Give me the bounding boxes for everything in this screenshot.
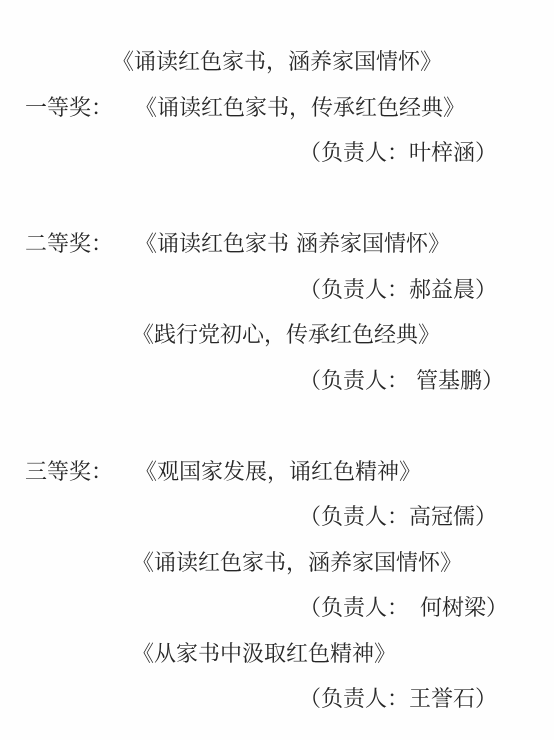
award-label-third-prize: 三等奖： (25, 450, 113, 496)
third-prize-row: 三等奖： 《观国家发展，诵红色精神》 (0, 450, 554, 496)
entry-title: 《观国家发展，诵红色精神》 (135, 450, 421, 496)
leader-credit: （负责人：高冠儒） (0, 495, 554, 541)
entry-title: 《诵读红色家书，传承红色经典》 (135, 86, 465, 132)
continued-entry-title: 《诵读红色家书，涵养家国情怀》 (0, 40, 554, 86)
award-label-second-prize: 二等奖： (25, 222, 113, 268)
leader-credit: （负责人： 管基鹏） (0, 359, 554, 405)
leader-credit: （负责人：叶梓涵） (0, 131, 554, 177)
section-spacer (0, 177, 554, 223)
second-prize-row: 二等奖： 《诵读红色家书 涵养家国情怀》 (0, 222, 554, 268)
leader-credit: （负责人：王誉石） (0, 677, 554, 723)
entry-title: 《从家书中汲取红色精神》 (0, 632, 554, 678)
leader-credit: （负责人： 何树梁） (0, 586, 554, 632)
entry-title: 《诵读红色家书 涵养家国情怀》 (135, 222, 450, 268)
first-prize-row: 一等奖： 《诵读红色家书，传承红色经典》 (0, 86, 554, 132)
award-label-first-prize: 一等奖： (25, 86, 113, 132)
award-list-document: 《诵读红色家书，涵养家国情怀》 一等奖： 《诵读红色家书，传承红色经典》 （负责… (0, 0, 554, 740)
entry-title: 《诵读红色家书，涵养家国情怀》 (0, 541, 554, 587)
section-spacer (0, 404, 554, 450)
entry-title: 《践行党初心，传承红色经典》 (0, 313, 554, 359)
leader-credit: （负责人：郝益晨） (0, 268, 554, 314)
